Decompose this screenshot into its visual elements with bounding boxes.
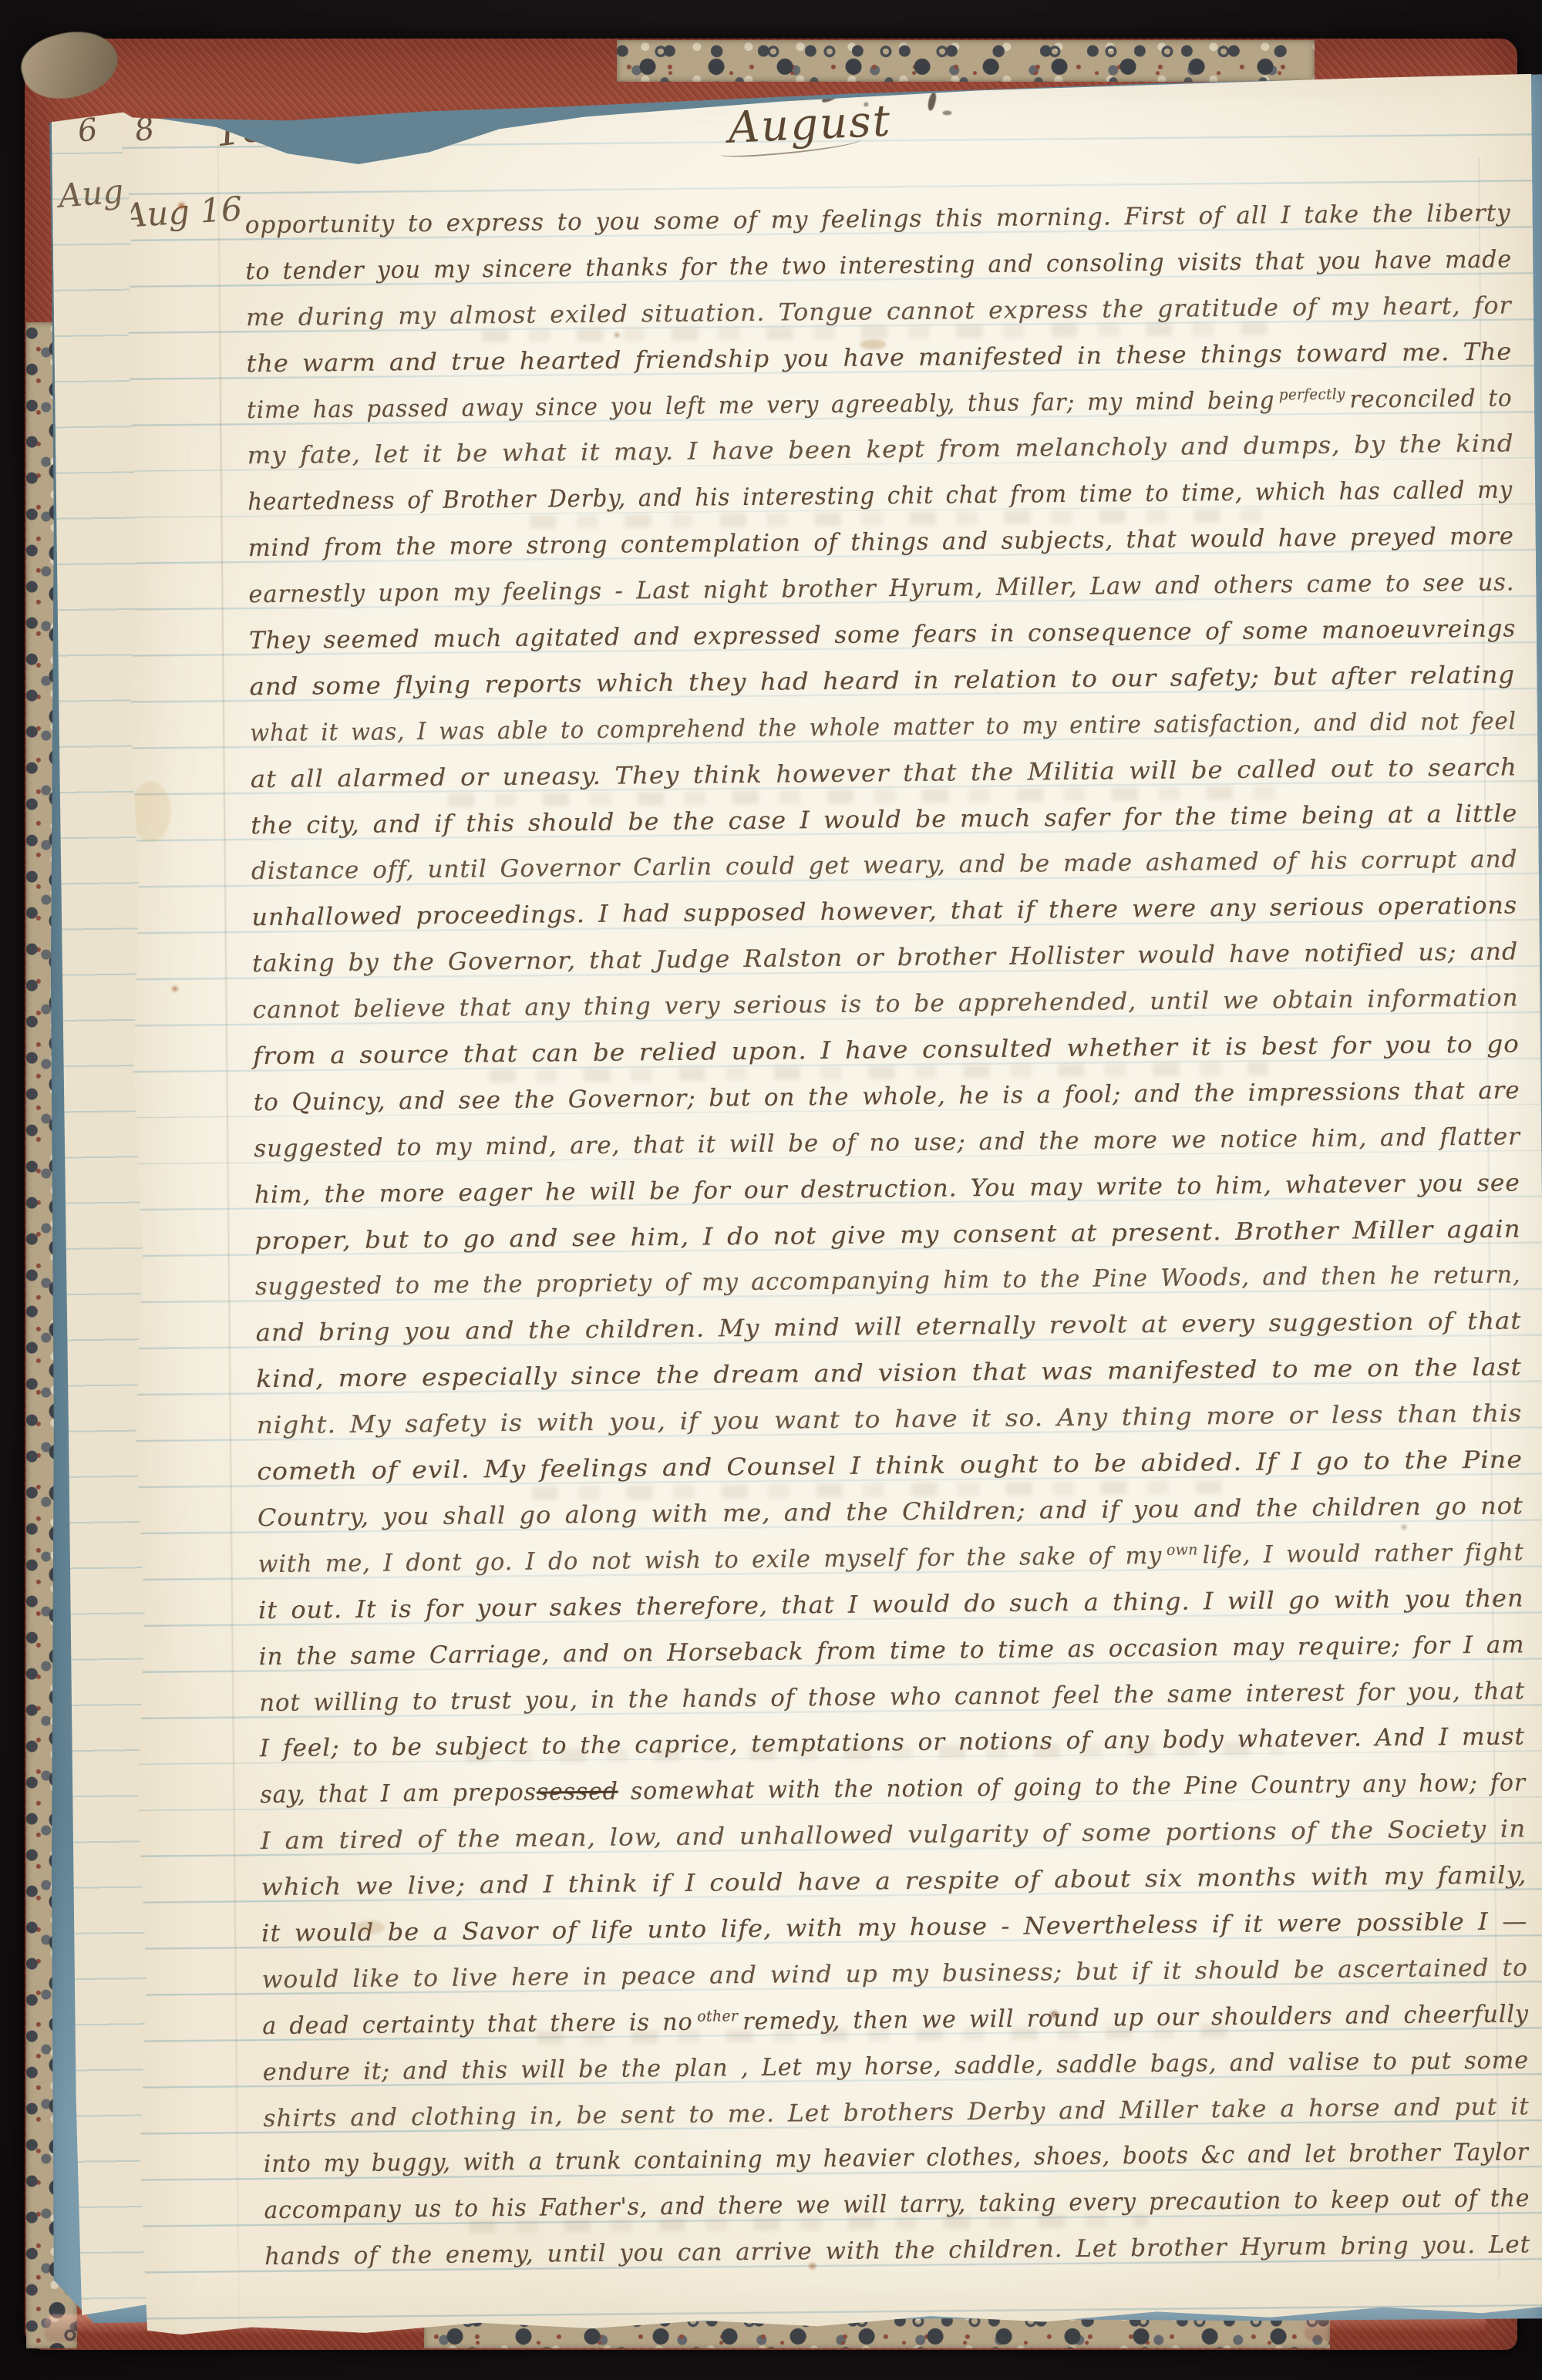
stain — [179, 203, 185, 209]
ink-smudge — [942, 110, 951, 115]
stain — [1402, 1525, 1406, 1530]
stain — [132, 781, 171, 841]
manuscript-lines: opportunity to express to you some of my… — [244, 180, 1530, 2271]
ink-smudge — [926, 92, 938, 112]
stain — [809, 2263, 816, 2269]
under-page-margin-note: Aug — [57, 172, 125, 215]
stain — [1050, 2011, 1059, 2018]
stain — [172, 986, 177, 991]
marbled-edge-top — [617, 40, 1315, 82]
margin-crease — [217, 77, 240, 2336]
journal-page: 8 1842 August Aug 16 opportunity to expr… — [117, 65, 1542, 2337]
ink-smudge — [864, 102, 868, 106]
margin-note-date: Aug 16 — [122, 190, 243, 235]
stain — [614, 333, 619, 338]
struck-text: sessed — [537, 1778, 618, 1806]
photo-backdrop: 6 Aug 8 1842 August Aug 16 opportunity t… — [0, 0, 1542, 2380]
